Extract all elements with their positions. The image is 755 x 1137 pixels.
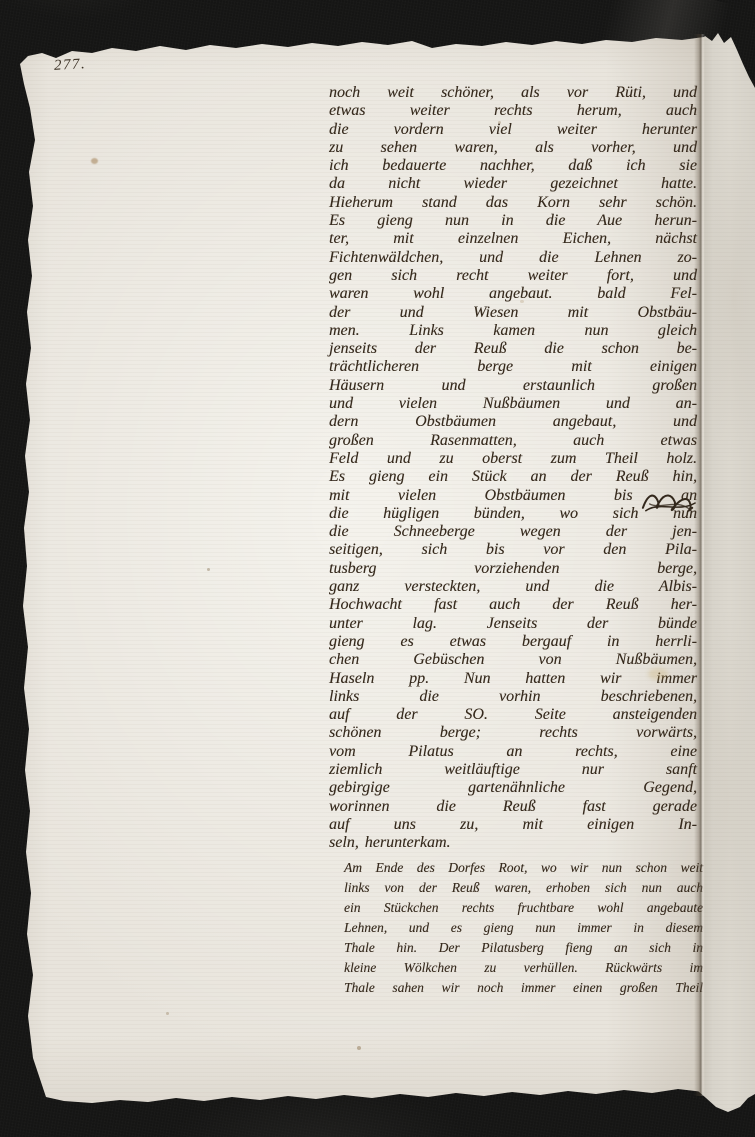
manuscript-line: Häusern und erstaunlich großen: [329, 377, 697, 395]
manuscript-line: unter lag. Jenseits der bünde: [329, 615, 697, 633]
manuscript-line: die Schneeberge wegen der jen-: [329, 523, 697, 541]
book-gutter-crease: [694, 34, 705, 1096]
manuscript-text: noch weit schöner, als vor Rüti, undetwa…: [329, 84, 697, 998]
manuscript-line: Feld und zu oberst zum Theil holz.: [329, 450, 697, 468]
foxing-spot: [648, 668, 668, 680]
manuscript-line: dern Obstbäumen angebaut, und: [329, 413, 697, 431]
ink-scribble-icon: [640, 488, 698, 518]
manuscript-line: trächtlicheren berge mit einigen: [329, 358, 697, 376]
manuscript-line: ein Stückchen rechts fruchtbare wohl ang…: [344, 898, 703, 918]
manuscript-paragraph: noch weit schöner, als vor Rüti, undetwa…: [329, 84, 697, 852]
manuscript-line: ter, mit einzelnen Eichen, nächst: [329, 230, 697, 248]
manuscript-line: Thale hin. Der Pilatusberg fieng an sich…: [344, 938, 703, 958]
manuscript-line: chen Gebüschen von Nußbäumen,: [329, 651, 697, 669]
manuscript-line: Fichtenwäldchen, und die Lehnen zo-: [329, 249, 697, 267]
foxing-spot: [520, 300, 524, 303]
manuscript-page: 277. noch weit schöner, als vor Rüti, un…: [0, 0, 704, 1137]
manuscript-line: Hieherum stand das Korn sehr schön.: [329, 194, 697, 212]
manuscript-line: Hochwacht fast auch der Reuß her-: [329, 596, 697, 614]
manuscript-line: ziemlich weitläuftige nur sanft: [329, 761, 697, 779]
manuscript-line: kleine Wölkchen zu verhüllen. Rückwärts …: [344, 958, 703, 978]
manuscript-line: der und Wiesen mit Obstbäu-: [329, 304, 697, 322]
manuscript-line: seitigen, sich bis vor den Pila-: [329, 541, 697, 559]
manuscript-line: ganz versteckten, und die Albis-: [329, 578, 697, 596]
manuscript-line: und vielen Nußbäumen und an-: [329, 395, 697, 413]
manuscript-line: schönen berge; rechts vorwärts,: [329, 724, 697, 742]
foxing-spot: [357, 1046, 361, 1050]
adjacent-page-edge: [698, 0, 755, 1137]
foxing-spot: [166, 1012, 169, 1015]
manuscript-line: großen Rasenmatten, auch etwas: [329, 432, 697, 450]
manuscript-line: men. Links kamen nun gleich: [329, 322, 697, 340]
manuscript-line: gieng es etwas bergauf in herrli-: [329, 633, 697, 651]
manuscript-line: seln, herunterkam.: [329, 834, 697, 852]
manuscript-line: tusberg vorziehenden berge,: [329, 560, 697, 578]
manuscript-line: links von der Reuß waren, erhoben sich n…: [344, 878, 703, 898]
manuscript-line: Es gieng nun in die Aue herun-: [329, 212, 697, 230]
manuscript-line: da nicht wieder gezeichnet hatte.: [329, 175, 697, 193]
book-scan: 277. noch weit schöner, als vor Rüti, un…: [0, 0, 755, 1137]
manuscript-line: Es gieng ein Stück an der Reuß hin,: [329, 468, 697, 486]
manuscript-line: Lehnen, und es gieng nun immer in diesem: [344, 918, 703, 938]
manuscript-line: auf uns zu, mit einigen In-: [329, 816, 697, 834]
manuscript-line: gebirgige gartenähnliche Gegend,: [329, 779, 697, 797]
manuscript-line: links die vorhin beschriebenen,: [329, 688, 697, 706]
manuscript-line: etwas weiter rechts herum, auch: [329, 102, 697, 120]
foxing-spot: [498, 121, 501, 124]
manuscript-line: Am Ende des Dorfes Root, wo wir nun scho…: [344, 858, 703, 878]
manuscript-line: auf der SO. Seite ansteigenden: [329, 706, 697, 724]
manuscript-line: zu sehen waren, als vorher, und: [329, 139, 697, 157]
manuscript-line: waren wohl angebaut. bald Fel-: [329, 285, 697, 303]
foxing-spot: [91, 158, 98, 164]
page-number: 277.: [54, 56, 87, 75]
manuscript-line: noch weit schöner, als vor Rüti, und: [329, 84, 697, 102]
manuscript-line: worinnen die Reuß fast gerade: [329, 798, 697, 816]
manuscript-paragraph: Am Ende des Dorfes Root, wo wir nun scho…: [344, 858, 703, 998]
manuscript-line: ich bedauerte nachher, daß ich sie: [329, 157, 697, 175]
manuscript-line: die vordern viel weiter herunter: [329, 121, 697, 139]
manuscript-line: Haseln pp. Nun hatten wir immer: [329, 670, 697, 688]
manuscript-line: jenseits der Reuß die schon be-: [329, 340, 697, 358]
manuscript-line: vom Pilatus an rechts, eine: [329, 743, 697, 761]
manuscript-line: gen sich recht weiter fort, und: [329, 267, 697, 285]
manuscript-line: Thale sahen wir noch immer einen großen …: [344, 978, 703, 998]
foxing-spot: [207, 568, 210, 571]
